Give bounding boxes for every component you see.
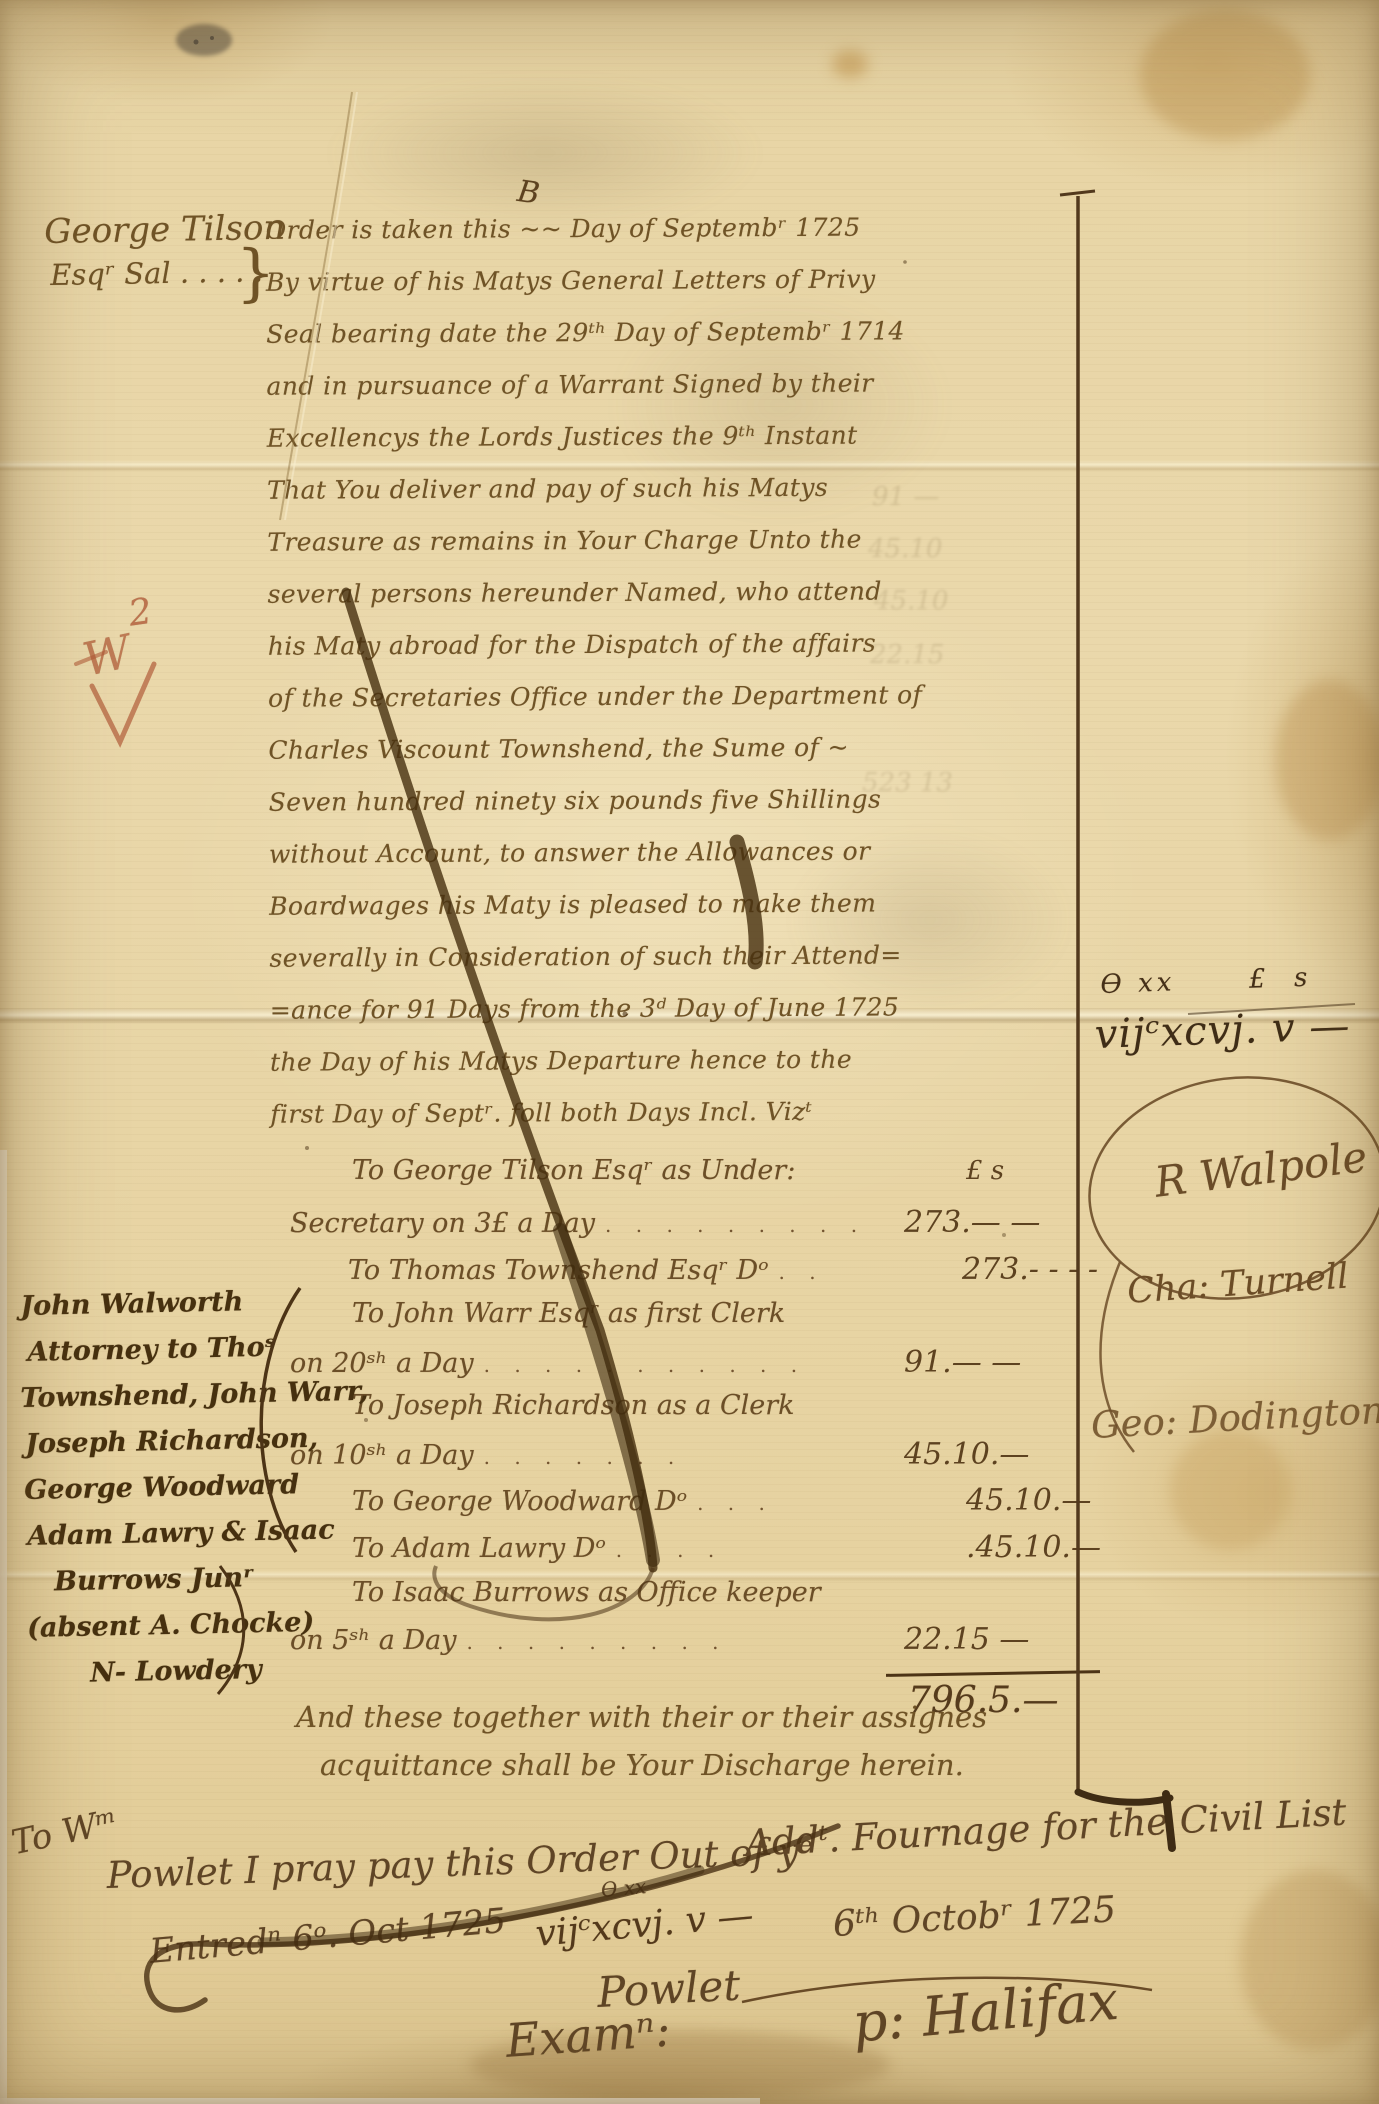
- manuscript-page: 91 — 45.10 45.10 22.15 523 13 George Til…: [0, 0, 1379, 2104]
- edge-vignette: [0, 0, 1379, 2104]
